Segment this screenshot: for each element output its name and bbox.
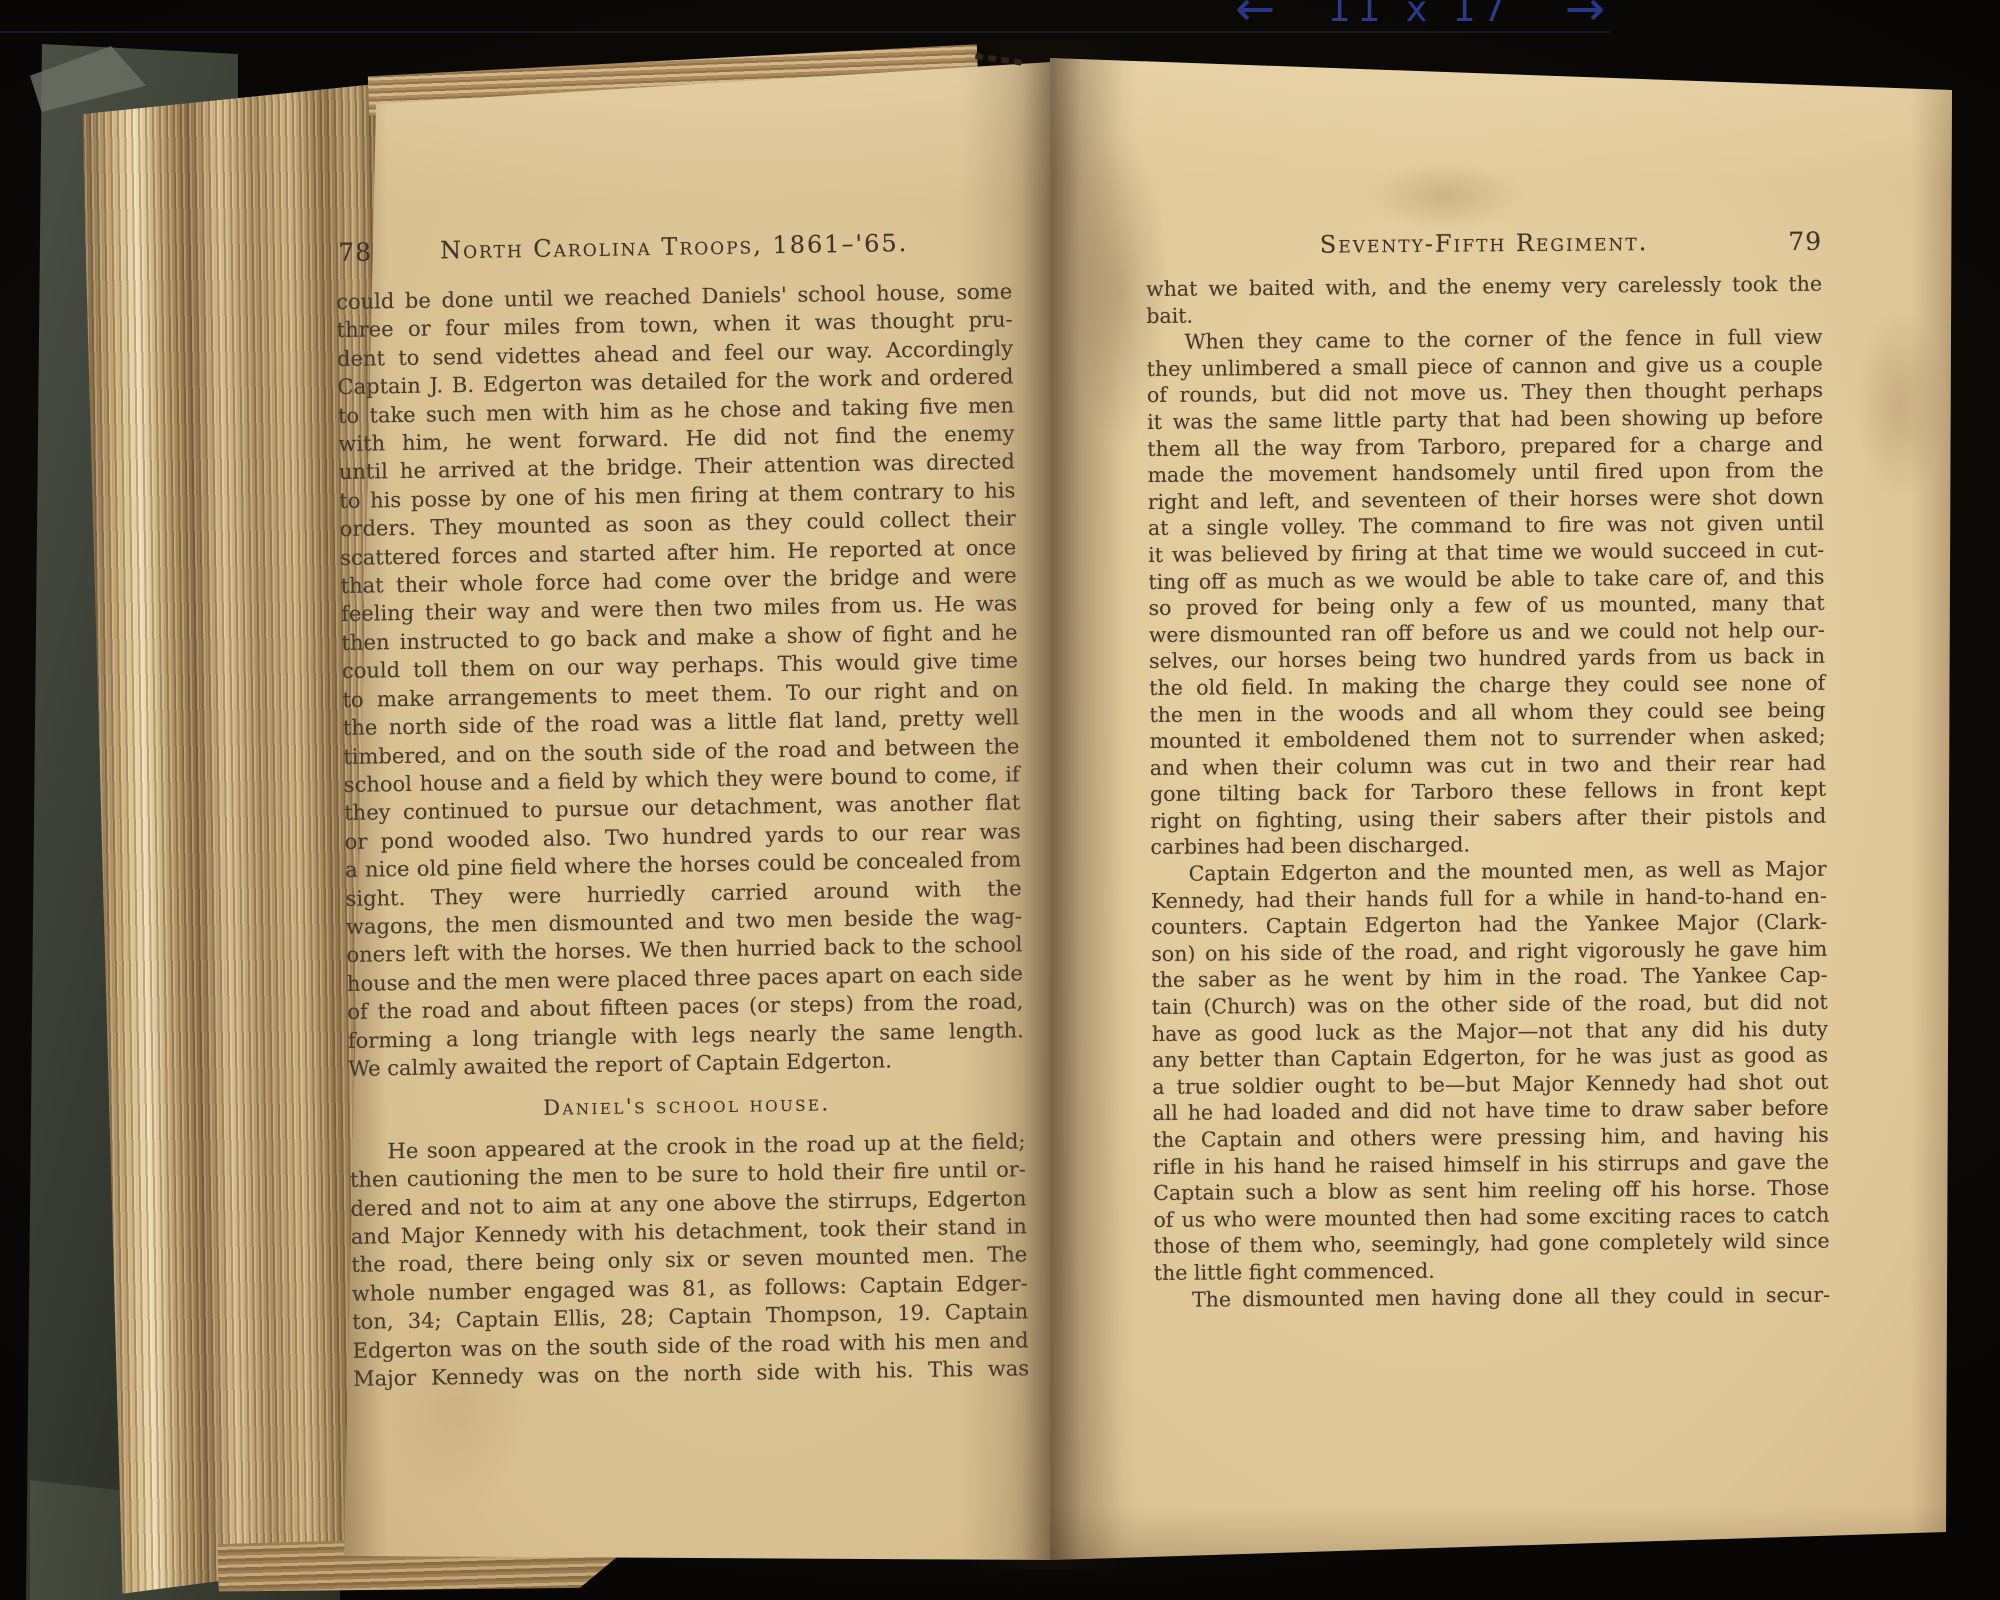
text-line: those of them who, seemingly, had gone c… xyxy=(1154,1228,1830,1260)
text-line: The dismounted men having done all they … xyxy=(1154,1281,1830,1313)
section-heading: Daniel's school house. xyxy=(349,1087,1025,1126)
book-scan-photo: ← 11 x 17 → 78 North Carolina Troops, 18… xyxy=(0,0,2000,1600)
paragraph: Captain Edgerton and the mounted men, as… xyxy=(1151,856,1830,1287)
left-page-number: 78 xyxy=(338,237,372,267)
paragraph: what we baited with, and the enemy very … xyxy=(1146,271,1822,329)
paragraph: The dismounted men having done all they … xyxy=(1154,1281,1830,1313)
scanner-size-label: 11 x 17 xyxy=(1328,0,1513,30)
right-header-title: Seventy-Fifth Regiment. xyxy=(1146,227,1822,260)
paragraph: He soon appeared at the crook in the roa… xyxy=(349,1127,1029,1393)
page-stain xyxy=(1838,270,1963,540)
right-running-header: Seventy-Fifth Regiment. 79 xyxy=(1146,227,1822,266)
right-page-number: 79 xyxy=(1788,227,1822,256)
scanner-size-ruler: ← 11 x 17 → xyxy=(1235,0,1605,38)
right-page-body: what we baited with, and the enemy very … xyxy=(1146,271,1830,1313)
left-arrow-icon: ← xyxy=(1235,0,1275,33)
right-arrow-icon: → xyxy=(1565,0,1605,33)
paragraph: could be done until we reached Daniels' … xyxy=(336,277,1024,1083)
text-line: what we baited with, and the enemy very … xyxy=(1146,271,1822,303)
paragraph: When they came to the corner of the fenc… xyxy=(1146,324,1826,861)
left-page-body: could be done until we reached Daniels' … xyxy=(336,277,1029,1393)
